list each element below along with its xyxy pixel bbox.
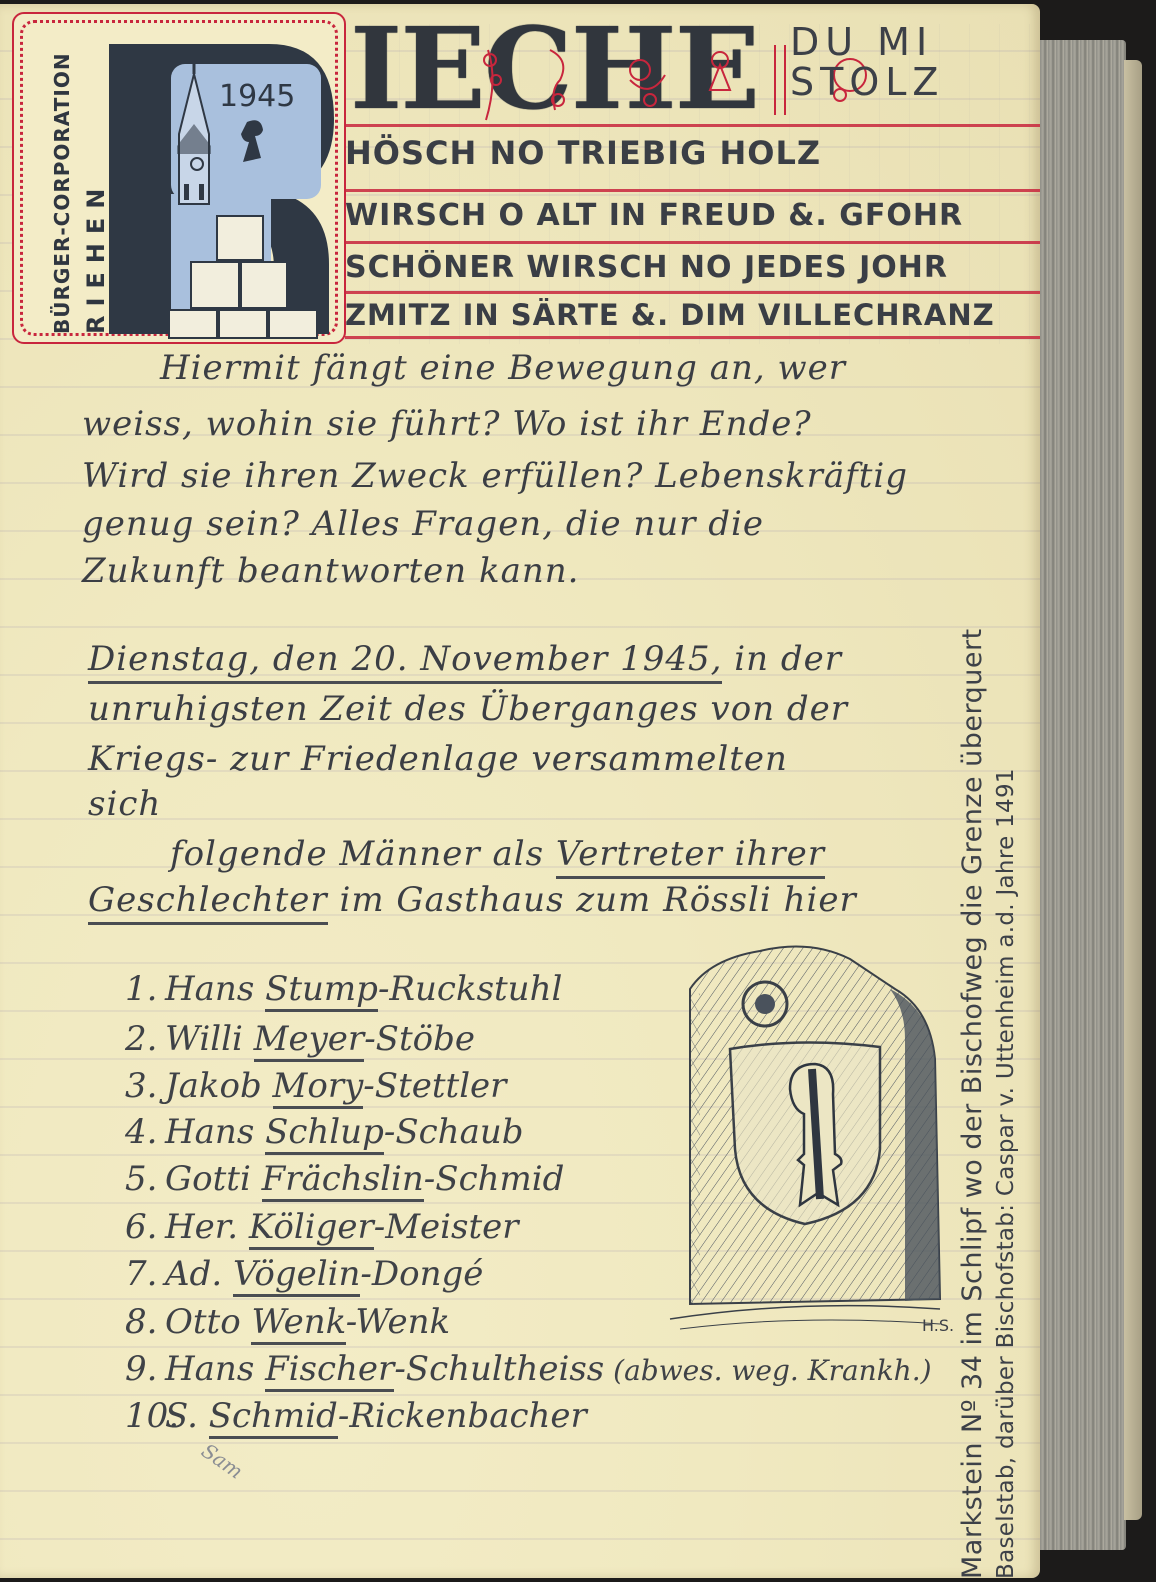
- member-list-item: 10.S. Schmid-Rickenbacher: [125, 1396, 587, 1436]
- member-list-item: 3.Jakob Mory-Stettler: [125, 1066, 506, 1106]
- entry-line-2: unruhigsten Zeit des Überganges von der: [88, 689, 848, 729]
- entry-line-1: Dienstag, den 20. November 1945, in der: [88, 639, 842, 679]
- intro-line-5: Zukunft beantworten kann.: [82, 551, 579, 591]
- title-ieche: IECHE: [350, 20, 758, 120]
- entry-line-6: Geschlechter im Gasthaus zum Rössli hier: [88, 880, 857, 920]
- verse-line-4: ZMITZ IN SÄRTE &. DIM VILLECHRANZ: [345, 298, 1040, 332]
- red-rule: [345, 189, 1040, 192]
- entry-line-3: Kriegs- zur Friedenlage versammelten: [88, 739, 788, 779]
- caption-line-2: Baselstab, darüber Bischofstab: Caspar v…: [991, 628, 1021, 1579]
- member-list-item: 2.Willi Meyer-Stöbe: [125, 1019, 475, 1059]
- member-list-item: 4.Hans Schlup-Schaub: [125, 1112, 524, 1152]
- red-rule: [345, 241, 1040, 244]
- initial-letter-r-icon: 1945: [99, 34, 349, 344]
- side-text-corporation: BÜRGER-CORPORATION: [50, 52, 74, 334]
- pencil-mark: Sam: [197, 1438, 247, 1483]
- title-suffix-line1: DU MI: [790, 22, 944, 62]
- entry-line-5: folgende Männer als Vertreter ihrer: [170, 834, 825, 874]
- boundary-stone-icon: [650, 929, 950, 1349]
- member-list-item: 7.Ad. Vögelin-Dongé: [125, 1254, 483, 1294]
- verse-line-2: WIRSCH O ALT IN FREUD &. GFOHR: [345, 198, 1040, 233]
- member-list-item: 9.Hans Fischer-Schultheiss (abwes. weg. …: [125, 1349, 932, 1389]
- intro-line-4: genug sein? Alles Fragen, die nur die: [82, 504, 764, 544]
- title-suffix-line2: STOLZ: [790, 62, 944, 102]
- member-list-item: 6.Her. Köliger-Meister: [125, 1207, 519, 1247]
- title-text: IECHE: [350, 4, 758, 135]
- illuminated-initial: BÜRGER-CORPORATION RIEHEN 1945: [12, 12, 346, 344]
- entry-line-4: sich: [88, 784, 161, 824]
- verse-line-3: SCHÖNER WIRSCH NO JEDES JOHR: [345, 250, 1040, 285]
- illustration-caption: Markstein Nº 34 im Schlipf wo der Bischo…: [955, 628, 1021, 1579]
- entry-date: Dienstag, den 20. November 1945,: [88, 639, 722, 684]
- intro-line-1: Hiermit fängt eine Bewegung an, wer: [160, 348, 846, 388]
- intro-line-2: weiss, wohin sie führt? Wo ist ihr Ende?: [82, 404, 812, 444]
- title-suffix: DU MI STOLZ: [790, 22, 944, 102]
- verse-line-1: HÖSCH NO TRIEBIG HOLZ: [345, 134, 1040, 172]
- red-rule: [345, 336, 1040, 339]
- caption-line-1: Markstein Nº 34 im Schlipf wo der Bischo…: [955, 628, 991, 1579]
- member-list-item: 1.Hans Stump-Ruckstuhl: [125, 969, 562, 1009]
- member-list-item: 8.Otto Wenk-Wenk: [125, 1302, 450, 1342]
- red-rule: [345, 291, 1040, 294]
- book-page-edges: [1040, 40, 1126, 1550]
- member-list-item: 5.Gotti Frächslin-Schmid: [125, 1159, 564, 1199]
- document-page: BÜRGER-CORPORATION RIEHEN 1945: [0, 4, 1040, 1578]
- red-rule: [345, 124, 1040, 127]
- intro-line-3: Wird sie ihren Zweck erfüllen? Lebenskrä…: [82, 456, 908, 496]
- illustration-signature: H.S.: [922, 1316, 954, 1335]
- year-text: 1945: [219, 79, 295, 114]
